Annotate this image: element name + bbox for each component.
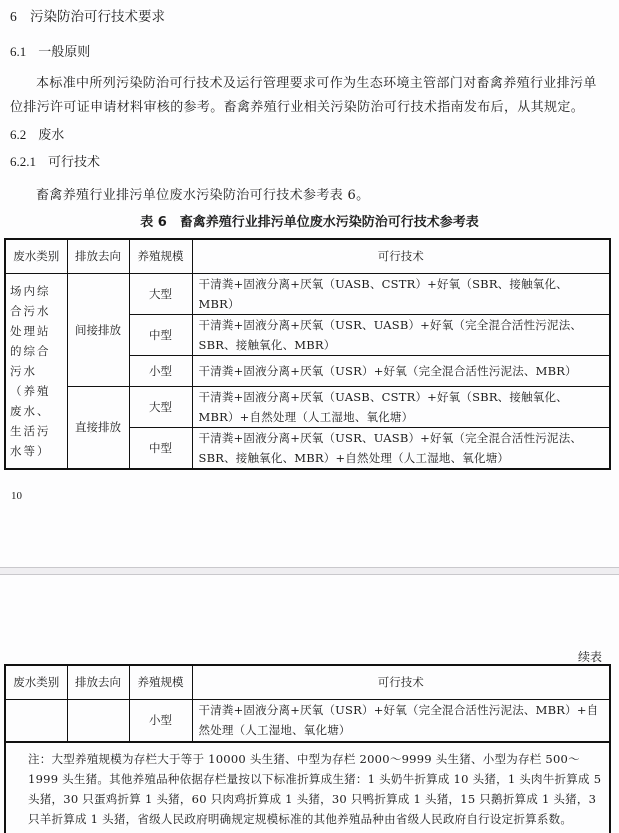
scale-cell: 小型 [129,699,192,742]
discharge-direction-cell: 间接排放 [67,273,129,386]
technology-cell: 干清粪+固液分离+厌氧（USR）+好氧（完全混合活性污泥法、MBR） [192,355,610,386]
section-title: 可行技术 [48,155,100,170]
technology-cell: 干清粪+固液分离+厌氧（USR、UASB）+好氧（完全混合活性污泥法、SBR、接… [192,314,610,355]
paragraph-2: 畜禽养殖行业排污单位废水污染防治可行技术参考表 6。 [36,184,370,203]
section-title: 废水 [38,128,64,143]
scale-cell: 大型 [129,273,192,314]
continued-label: 续表 [578,648,602,665]
header-cell: 养殖规模 [129,239,192,273]
table-row: 场内综合污水处理站的综合污水（养殖废水、生活污水等） 间接排放 大型 干清粪+固… [5,273,610,314]
header-cell: 可行技术 [192,665,610,699]
table-caption: 表 6 畜禽养殖行业排污单位废水污染防治可行技术参考表 [0,211,619,230]
table-header-row: 废水类别 排放去向 养殖规模 可行技术 [5,239,610,273]
technology-cell: 干清粪+固液分离+厌氧（USR）+好氧（完全混合活性污泥法、MBR）+自然处理（… [192,699,610,742]
header-cell: 可行技术 [192,239,610,273]
header-cell: 排放去向 [67,665,129,699]
section-6-2-1-heading: 6.2.1可行技术 [10,151,100,170]
technology-cell: 干清粪+固液分离+厌氧（UASB、CSTR）+好氧（SBR、接触氧化、MBR）+… [192,386,610,427]
paragraph-1-line-1: 本标准中所列污染防治可行技术及运行管理要求可作为生态环境主管部门对畜禽养殖行业排… [36,72,597,91]
wastewater-category-cell [5,699,67,742]
technology-cell: 干清粪+固液分离+厌氧（UASB、CSTR）+好氧（SBR、接触氧化、MBR） [192,273,610,314]
scale-cell: 中型 [129,314,192,355]
section-number: 6.2 [10,127,26,143]
section-6-2-heading: 6.2废水 [10,124,64,143]
wastewater-technology-table-continued: 废水类别 排放去向 养殖规模 可行技术 小型 干清粪+固液分离+厌氧（USR）+… [4,664,611,833]
table-note: 注：大型养殖规模为存栏大于等于 10000 头生猪、中型为存栏 2000～999… [5,742,610,833]
scale-cell: 中型 [129,427,192,469]
page-number: 10 [11,490,22,502]
technology-cell: 干清粪+固液分离+厌氧（USR、UASB）+好氧（完全混合活性污泥法、SBR、接… [192,427,610,469]
discharge-direction-cell: 直接排放 [67,386,129,469]
section-title: 污染防治可行技术要求 [30,9,165,25]
page-separator [0,567,619,575]
discharge-direction-cell [67,699,129,742]
section-6-1-heading: 6.1一般原则 [10,41,90,60]
header-cell: 废水类别 [5,239,67,273]
section-number: 6 [10,9,30,25]
scale-cell: 小型 [129,355,192,386]
scale-cell: 大型 [129,386,192,427]
wastewater-technology-table: 废水类别 排放去向 养殖规模 可行技术 场内综合污水处理站的综合污水（养殖废水、… [4,238,611,470]
wastewater-category-cell: 场内综合污水处理站的综合污水（养殖废水、生活污水等） [5,273,67,469]
header-cell: 排放去向 [67,239,129,273]
table-row: 小型 干清粪+固液分离+厌氧（USR）+好氧（完全混合活性污泥法、MBR）+自然… [5,699,610,742]
section-6-heading: 6污染防治可行技术要求 [10,5,165,25]
section-title: 一般原则 [38,45,90,60]
paragraph-1-line-2: 位排污许可证申请材料审核的参考。畜禽养殖行业相关污染防治可行技术指南发布后，从其… [10,96,584,115]
section-number: 6.2.1 [10,154,36,170]
section-number: 6.1 [10,44,26,60]
table-note-row: 注：大型养殖规模为存栏大于等于 10000 头生猪、中型为存栏 2000～999… [5,742,610,833]
table-row: 直接排放 大型 干清粪+固液分离+厌氧（UASB、CSTR）+好氧（SBR、接触… [5,386,610,427]
header-cell: 废水类别 [5,665,67,699]
table-header-row: 废水类别 排放去向 养殖规模 可行技术 [5,665,610,699]
header-cell: 养殖规模 [129,665,192,699]
